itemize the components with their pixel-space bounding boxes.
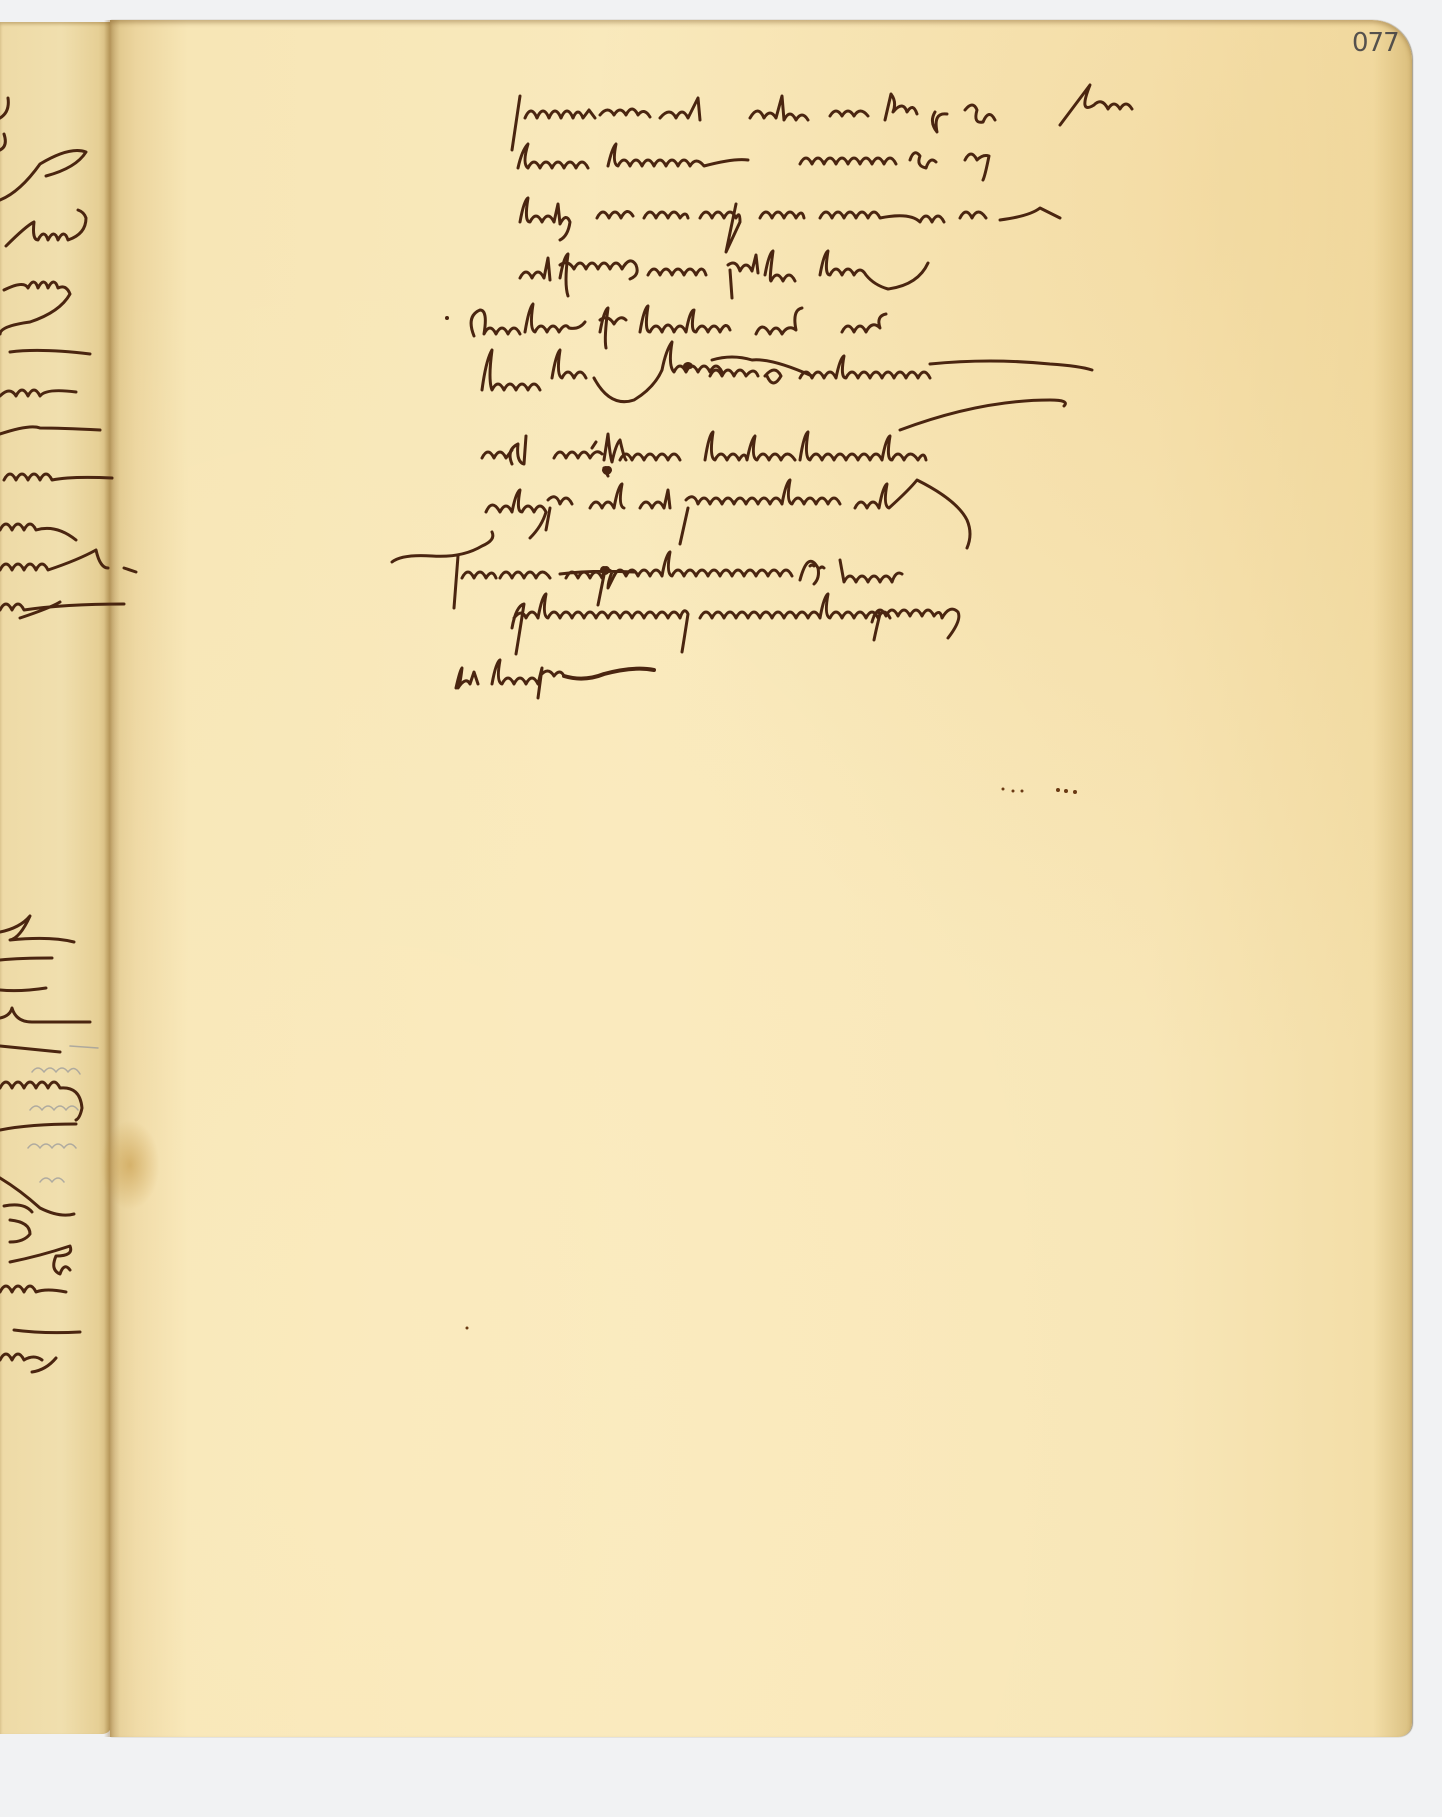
ink-specks <box>466 788 1078 1330</box>
text-line-6 <box>482 342 1092 402</box>
text-line-7 <box>482 400 1065 476</box>
facing-page-lines <box>0 98 136 1372</box>
text-line-2 <box>518 144 989 180</box>
text-line-4 <box>520 251 928 298</box>
text-line-11 <box>456 660 654 698</box>
pencil-annotations <box>28 1046 98 1182</box>
text-line-8 <box>486 480 970 548</box>
text-line-3 <box>520 198 1060 252</box>
text-line-10 <box>512 594 959 654</box>
text-line-5 <box>471 304 886 348</box>
text-line-1 <box>512 85 1132 150</box>
handwriting-layer <box>0 0 1442 1817</box>
